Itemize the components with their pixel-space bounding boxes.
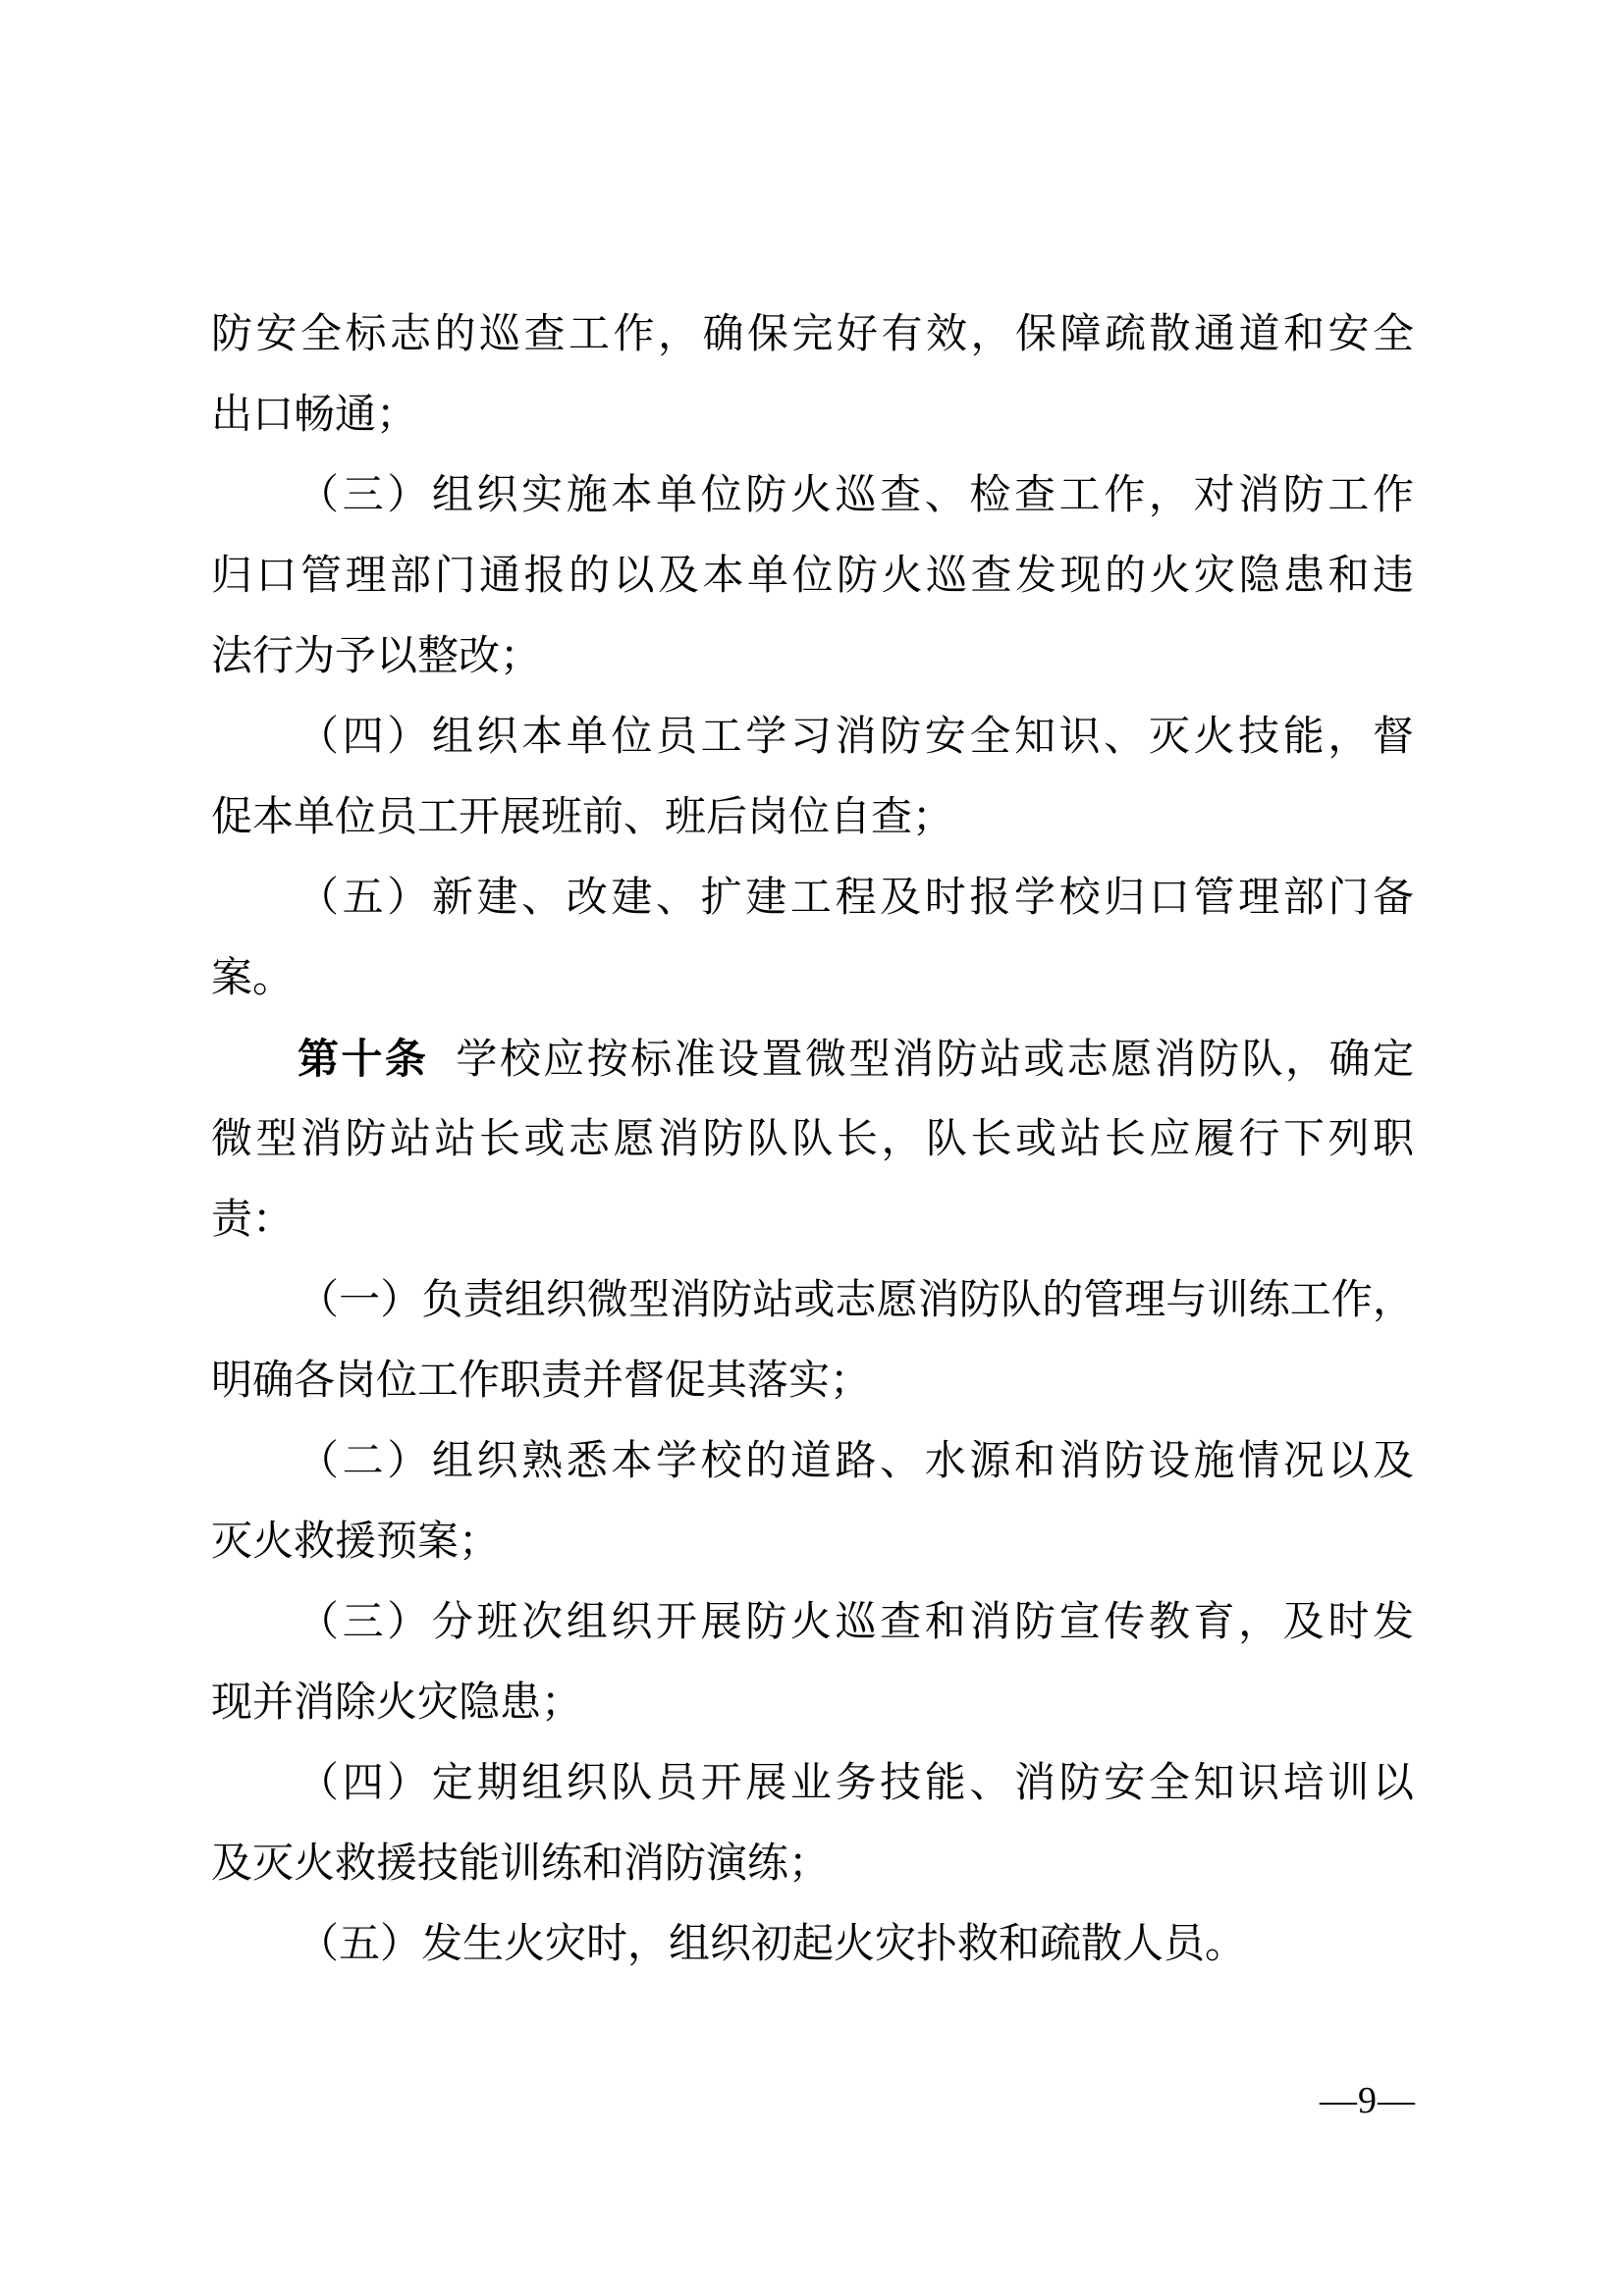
line-text: 明确各岗位工作职责并督促其落实； (211, 1359, 871, 1404)
line-text: 防安全标志的巡查工作，确保完好有效，保障疏散通道和安全 (211, 312, 1414, 357)
text-line: 明确各岗位工作职责并督促其落实； (211, 1341, 1414, 1421)
text-line: 现并消除火灾隐患； (211, 1663, 1414, 1743)
line-text: 及灭火救援技能训练和消防演练； (211, 1842, 830, 1887)
line-text: 促本单位员工开展班前、班后岗位自查； (211, 795, 953, 840)
text-line: 防安全标志的巡查工作，确保完好有效，保障疏散通道和安全 (211, 294, 1414, 375)
line-text: 归口管理部门通报的以及本单位防火巡查发现的火灾隐患和违 (211, 554, 1414, 599)
text-line: （二）组织熟悉本学校的道路、水源和消防设施情况以及 (211, 1421, 1414, 1502)
text-line: （五）新建、改建、扩建工程及时报学校归口管理部门备 (211, 858, 1414, 938)
line-text: 案。 (211, 956, 294, 1001)
line-text: 微型消防站站长或志愿消防队队长，队长或站长应履行下列职 (211, 1117, 1414, 1162)
line-text: 学校应按标准设置微型消防站或志愿消防队，确定 (456, 1038, 1414, 1083)
line-text: 责： (211, 1198, 294, 1243)
text-line: （五）发生火灾时，组织初起火灾扑救和疏散人员。 (211, 1904, 1414, 1985)
text-line: （一）负责组织微型消防站或志愿消防队的管理与训练工作， (211, 1260, 1414, 1341)
line-text: （五）新建、改建、扩建工程及时报学校归口管理部门备 (298, 876, 1414, 921)
line-text: 现并消除火灾隐患； (211, 1681, 582, 1726)
text-line: 案。 (211, 938, 1414, 1019)
line-text: （一）负责组织微型消防站或志愿消防队的管理与训练工作， (298, 1278, 1414, 1323)
text-line: 出口畅通； (211, 375, 1414, 455)
text-line: （三）分班次组织开展防火巡查和消防宣传教育，及时发 (211, 1582, 1414, 1663)
document-body: 防安全标志的巡查工作，确保完好有效，保障疏散通道和安全出口畅通；（三）组织实施本… (211, 294, 1414, 1985)
line-text: 法行为予以整改； (211, 634, 541, 679)
text-line: 灭火救援预案； (211, 1502, 1414, 1582)
page-number: —9— (1320, 2071, 1416, 2130)
line-text: 出口畅通； (211, 393, 417, 438)
text-line: 归口管理部门通报的以及本单位防火巡查发现的火灾隐患和违 (211, 536, 1414, 616)
line-text: （三）分班次组织开展防火巡查和消防宣传教育，及时发 (298, 1600, 1414, 1645)
line-text: （五）发生火灾时，组织初起火灾扑救和疏散人员。 (298, 1922, 1246, 1967)
line-text: （四）定期组织队员开展业务技能、消防安全知识培训以 (298, 1761, 1414, 1806)
text-line: （四）定期组织队员开展业务技能、消防安全知识培训以 (211, 1743, 1414, 1824)
text-line: 及灭火救援技能训练和消防演练； (211, 1824, 1414, 1904)
line-text: （二）组织熟悉本学校的道路、水源和消防设施情况以及 (298, 1439, 1414, 1484)
text-line: 法行为予以整改； (211, 616, 1414, 697)
text-line: 促本单位员工开展班前、班后岗位自查； (211, 777, 1414, 858)
text-line: 微型消防站站长或志愿消防队队长，队长或站长应履行下列职 (211, 1099, 1414, 1180)
article-number: 第十条 (298, 1036, 428, 1082)
text-line: 第十条学校应按标准设置微型消防站或志愿消防队，确定 (211, 1019, 1414, 1099)
text-line: （四）组织本单位员工学习消防安全知识、灭火技能，督 (211, 697, 1414, 777)
document-page: 防安全标志的巡查工作，确保完好有效，保障疏散通道和安全出口畅通；（三）组织实施本… (0, 0, 1624, 2296)
text-line: （三）组织实施本单位防火巡查、检查工作，对消防工作 (211, 455, 1414, 536)
line-text: （四）组织本单位员工学习消防安全知识、灭火技能，督 (298, 715, 1414, 760)
line-text: 灭火救援预案； (211, 1520, 500, 1565)
line-text: （三）组织实施本单位防火巡查、检查工作，对消防工作 (298, 473, 1414, 518)
text-line: 责： (211, 1180, 1414, 1260)
